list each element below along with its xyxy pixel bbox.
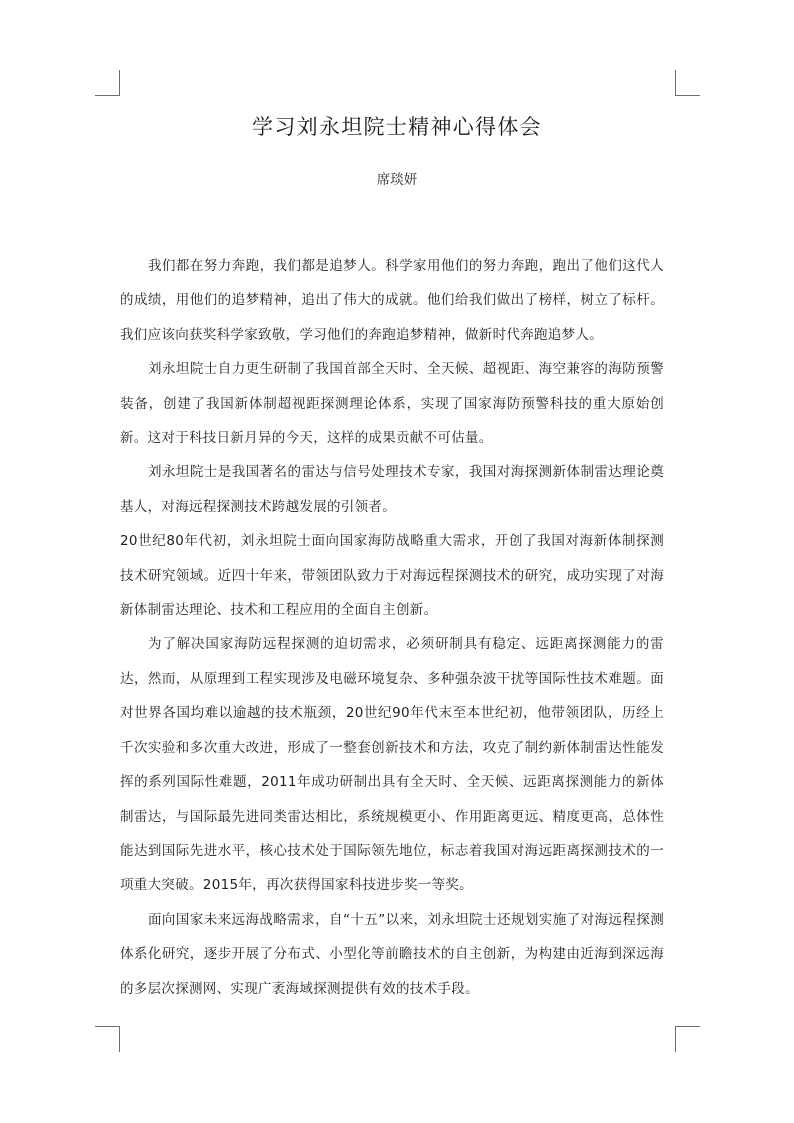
paragraph-6: 面向国家未来远海战略需求，自“十五”以来，刘永坦院士还规划实施了对海远程探测体系…: [120, 903, 664, 1006]
paragraph-5: 为了解决国家海防远程探测的迫切需求，必须研制具有稳定、远距离探测能力的雷达，然而…: [120, 627, 664, 902]
document-author: 席琰妍: [0, 170, 794, 190]
document-title: 学习刘永坦院士精神心得体会: [0, 112, 794, 142]
paragraph-1: 我们都在努力奔跑，我们都是追梦人。科学家用他们的努力奔跑，跑出了他们这代人的成绩…: [120, 249, 664, 352]
crop-mark-top-right: [675, 70, 700, 96]
crop-mark-top-left: [95, 70, 120, 96]
paragraph-4: 20世纪80年代初，刘永坦院士面向国家海防战略重大需求，开创了我国对海新体制探测…: [120, 524, 664, 627]
document-body: 我们都在努力奔跑，我们都是追梦人。科学家用他们的努力奔跑，跑出了他们这代人的成绩…: [120, 249, 664, 1006]
crop-mark-bottom-right: [675, 1026, 700, 1052]
crop-mark-bottom-left: [95, 1026, 120, 1052]
paragraph-2: 刘永坦院士自力更生研制了我国首部全天时、全天候、超视距、海空兼容的海防预警装备，…: [120, 352, 664, 455]
paragraph-3: 刘永坦院士是我国著名的雷达与信号处理技术专家，我国对海探测新体制雷达理论奠基人，…: [120, 455, 664, 524]
